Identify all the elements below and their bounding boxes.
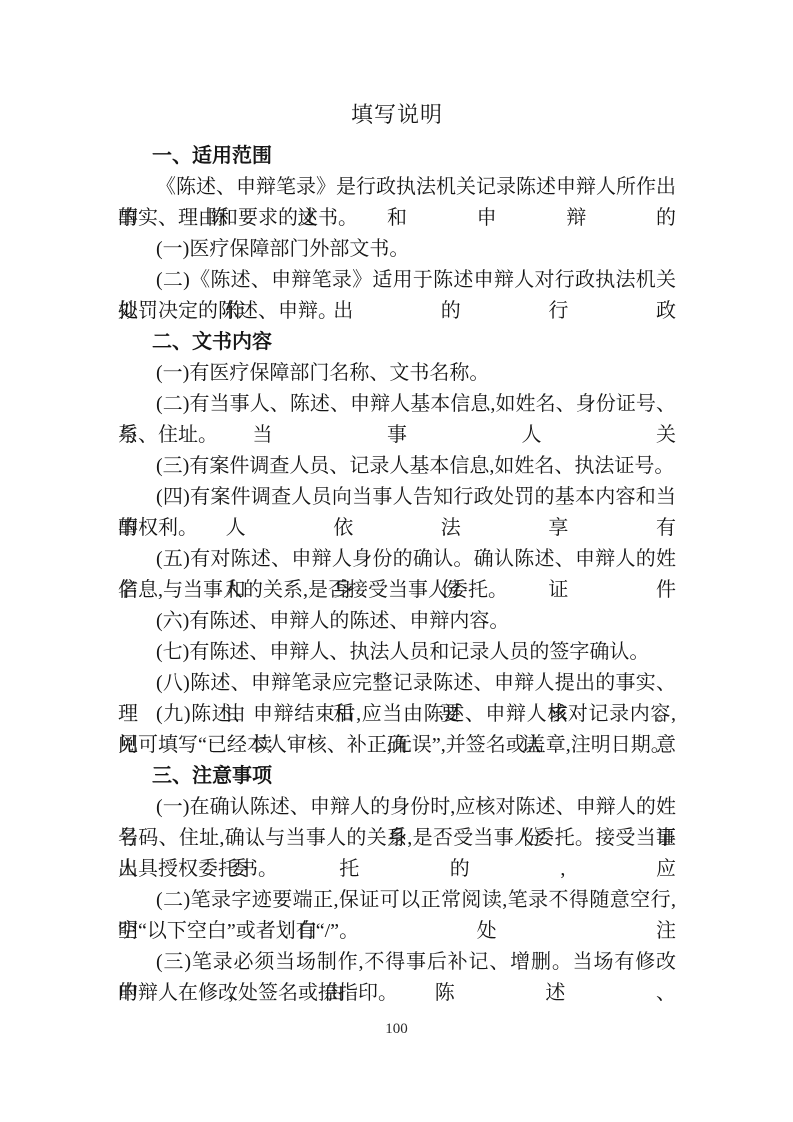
- text-line: 号码、住址,确认与当事人的关系,是否受当事人委托。接受当事人委托的,应: [118, 823, 676, 854]
- text-line: (九)陈述、申辩结束后,应当由陈述、申辩人核对记录内容,阅读确认意: [118, 699, 676, 730]
- text-line: (五)有对陈述、申辩人身份的确认。确认陈述、申辩人的姓名和身份证件: [118, 544, 676, 575]
- text-line: (三)笔录必须当场制作,不得事后补记、增删。当场有修改的,由陈述、: [118, 947, 676, 978]
- text-line: (二)有当事人、陈述、申辩人基本信息,如姓名、身份证号、与当事人关: [118, 389, 676, 420]
- text-line: (一)有医疗保障部门名称、文书名称。: [118, 358, 676, 389]
- text-line: (四)有案件调查人员向当事人告知行政处罚的基本内容和当事人依法享有: [118, 482, 676, 513]
- text-line: 见可填写“已经本人审核、补正,无误”,并签名或盖章,注明日期。: [118, 730, 676, 761]
- text-line: (三)有案件调查人员、记录人基本信息,如姓名、执法证号。: [118, 451, 676, 482]
- text-line: (一)在确认陈述、申辩人的身份时,应核对陈述、申辩人的姓名、身份证: [118, 792, 676, 823]
- page-number: 100: [0, 1020, 793, 1038]
- text-line: (七)有陈述、申辩人、执法人员和记录人员的签字确认。: [118, 637, 676, 668]
- section-heading: 一、适用范围: [118, 141, 676, 172]
- text-line: (六)有陈述、申辩人的陈述、申辩内容。: [118, 606, 676, 637]
- text-line: (二)笔录字迹要端正,保证可以正常阅读,笔录不得随意空行,空白处注: [118, 885, 676, 916]
- section-heading: 二、文书内容: [118, 327, 676, 358]
- document-body: 一、适用范围《陈述、申辩笔录》是行政执法机关记录陈述申辩人所作出的陈述和申辩的事…: [118, 141, 676, 1009]
- document-page: 填写说明 一、适用范围《陈述、申辩笔录》是行政执法机关记录陈述申辩人所作出的陈述…: [0, 0, 793, 1122]
- text-line: (八)陈述、申辩笔录应完整记录陈述、申辩人提出的事实、理由和要求。: [118, 668, 676, 699]
- text-line: (二)《陈述、申辩笔录》适用于陈述申辩人对行政执法机关拟作出的行政: [118, 265, 676, 296]
- text-line: 《陈述、申辩笔录》是行政执法机关记录陈述申辩人所作出的陈述和申辩的: [118, 172, 676, 203]
- section-heading: 三、注意事项: [118, 761, 676, 792]
- text-line: (一)医疗保障部门外部文书。: [118, 234, 676, 265]
- document-title: 填写说明: [118, 100, 676, 130]
